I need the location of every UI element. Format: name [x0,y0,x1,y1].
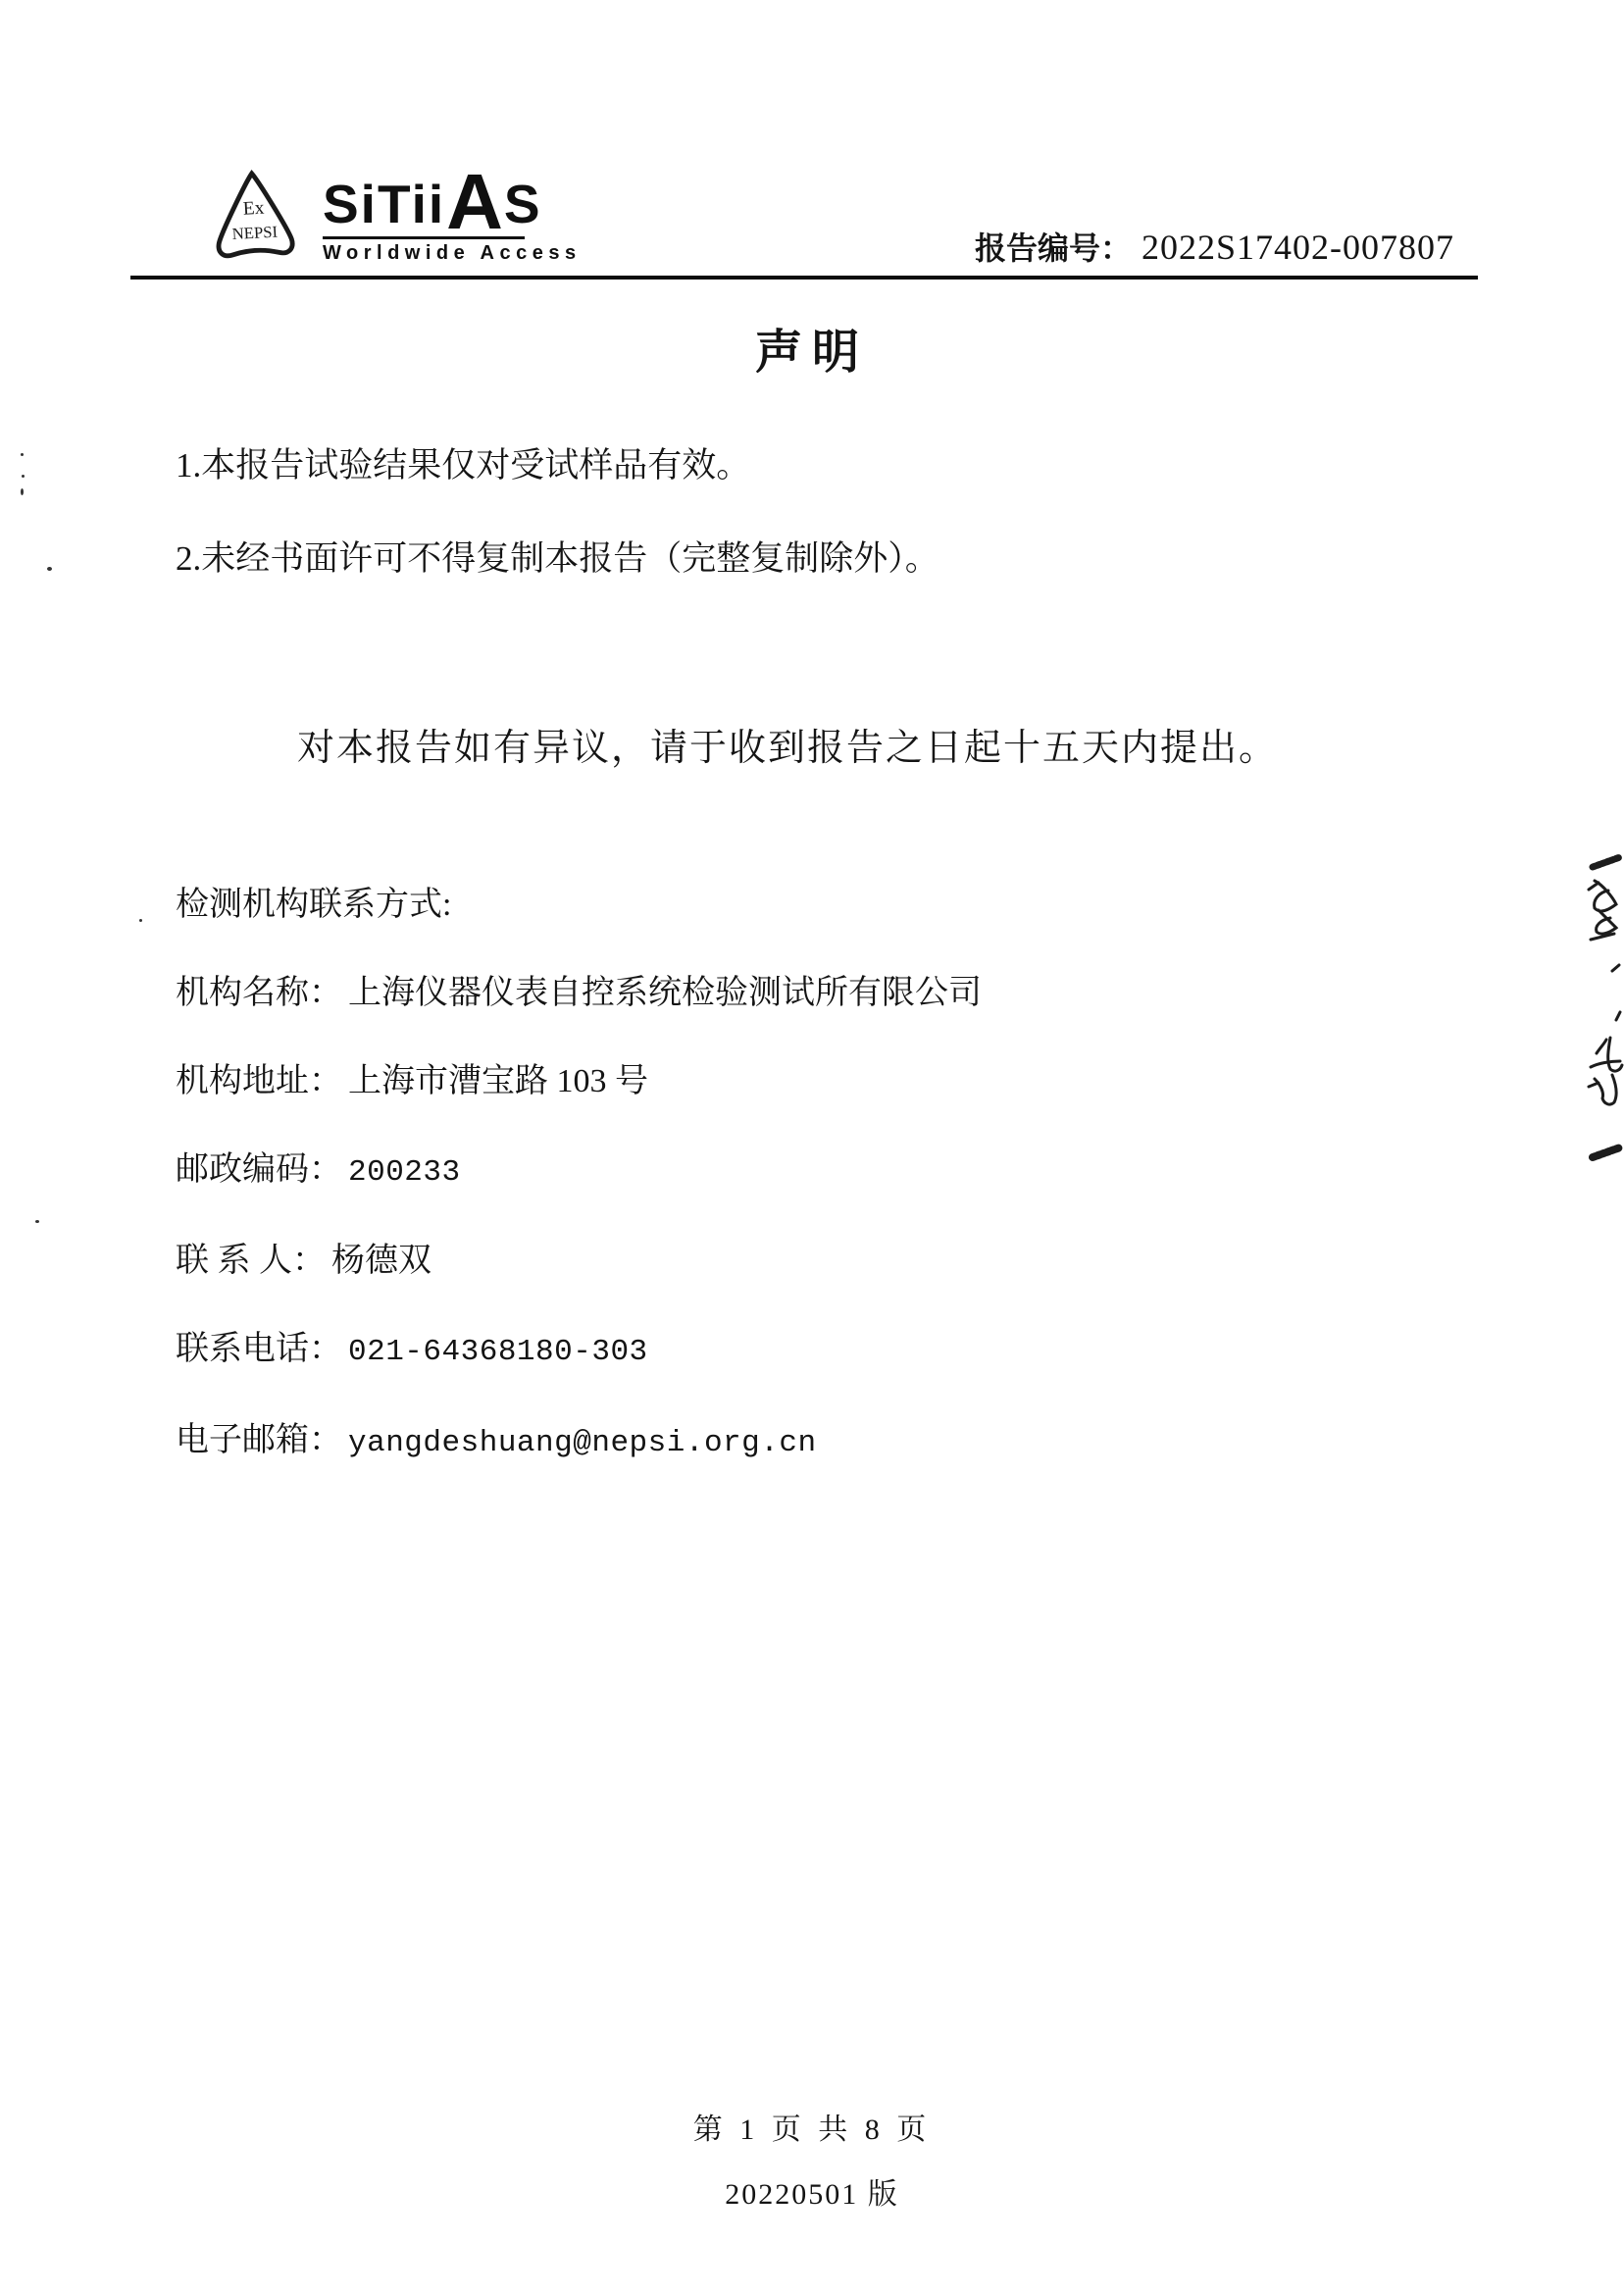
contact-label: 机构地址： [176,1062,342,1101]
nepsi-ex-badge-icon: Ex NEPSI [211,169,297,263]
footer-page-indicator: 第 1 页 共 8 页 [0,2105,1624,2148]
contact-label: 电子邮箱： [176,1421,342,1460]
logo-wordmark: SiTiiAS [323,171,582,233]
wordmark-left: SiTii [323,175,445,233]
contact-value: 200233 [348,1153,461,1193]
report-number: 报告编号： 2022S17402-007807 [975,224,1454,269]
scan-edge-handwriting-artifact [1555,845,1624,1189]
logo-wordmark-block: SiTiiAS Worldwide Access [323,171,582,265]
declaration-list: 1.本报告试验结果仅对受试样品有效。 2.未经书面许可不得复制本报告（完整复制除… [176,446,939,633]
contact-row-address: 机构地址： 上海市漕宝路 103 号 [176,1062,982,1101]
contact-row-org-name: 机构名称： 上海仪器仪表自控系统检验测试所有限公司 [176,974,982,1013]
contact-row-postcode: 邮政编码： 200233 [176,1150,982,1193]
header-divider [130,276,1478,280]
contact-row-person: 联 系 人： 杨德双 [176,1242,982,1281]
contact-value: 上海仪器仪表自控系统检验测试所有限公司 [348,974,982,1013]
wordmark-right: S [504,175,542,233]
declaration-item-2: 2.未经书面许可不得复制本报告（完整复制除外）。 [176,539,939,579]
report-number-value: 2022S17402-007807 [1142,227,1454,268]
logo-tagline: Worldwide Access [323,242,582,265]
contact-block: 检测机构联系方式: 机构名称： 上海仪器仪表自控系统检验测试所有限公司 机构地址… [176,886,982,1512]
contact-row-phone: 联系电话： 021-64368180-303 [176,1330,982,1372]
badge-nepsi-label: NEPSI [231,223,278,243]
scan-speck [21,453,24,456]
report-number-label: 报告编号： [975,224,1132,269]
contact-row-email: 电子邮箱： yangdeshuang@nepsi.org.cn [176,1421,982,1463]
wordmark-a: A [446,171,503,233]
declaration-item-1: 1.本报告试验结果仅对受试样品有效。 [176,446,939,485]
contact-value: 021-64368180-303 [348,1333,648,1372]
contact-value: 上海市漕宝路 103 号 [348,1062,648,1101]
contact-label: 联系电话： [176,1330,342,1369]
contact-label: 机构名称： [176,974,342,1013]
scan-speck [47,567,52,571]
header-logo: Ex NEPSI SiTiiAS Worldwide Access [211,169,582,265]
badge-ex-label: Ex [242,198,265,220]
footer-version: 20220501 版 [0,2169,1624,2213]
contact-label: 邮政编码： [176,1150,342,1190]
contact-value: 杨德双 [331,1242,431,1281]
contact-value: yangdeshuang@nepsi.org.cn [348,1424,817,1463]
page-title: 声明 [0,314,1624,382]
scan-speck [139,919,142,922]
scan-speck [21,488,24,495]
objection-notice: 对本报告如有异议，请于收到报告之日起十五天内提出。 [297,717,1278,771]
scan-speck [35,1220,39,1223]
contact-heading: 检测机构联系方式: [176,886,982,925]
scan-speck [22,475,25,478]
contact-label: 联 系 人： [176,1242,326,1281]
report-declaration-page: Ex NEPSI SiTiiAS Worldwide Access 报告编号： … [0,0,1624,2293]
